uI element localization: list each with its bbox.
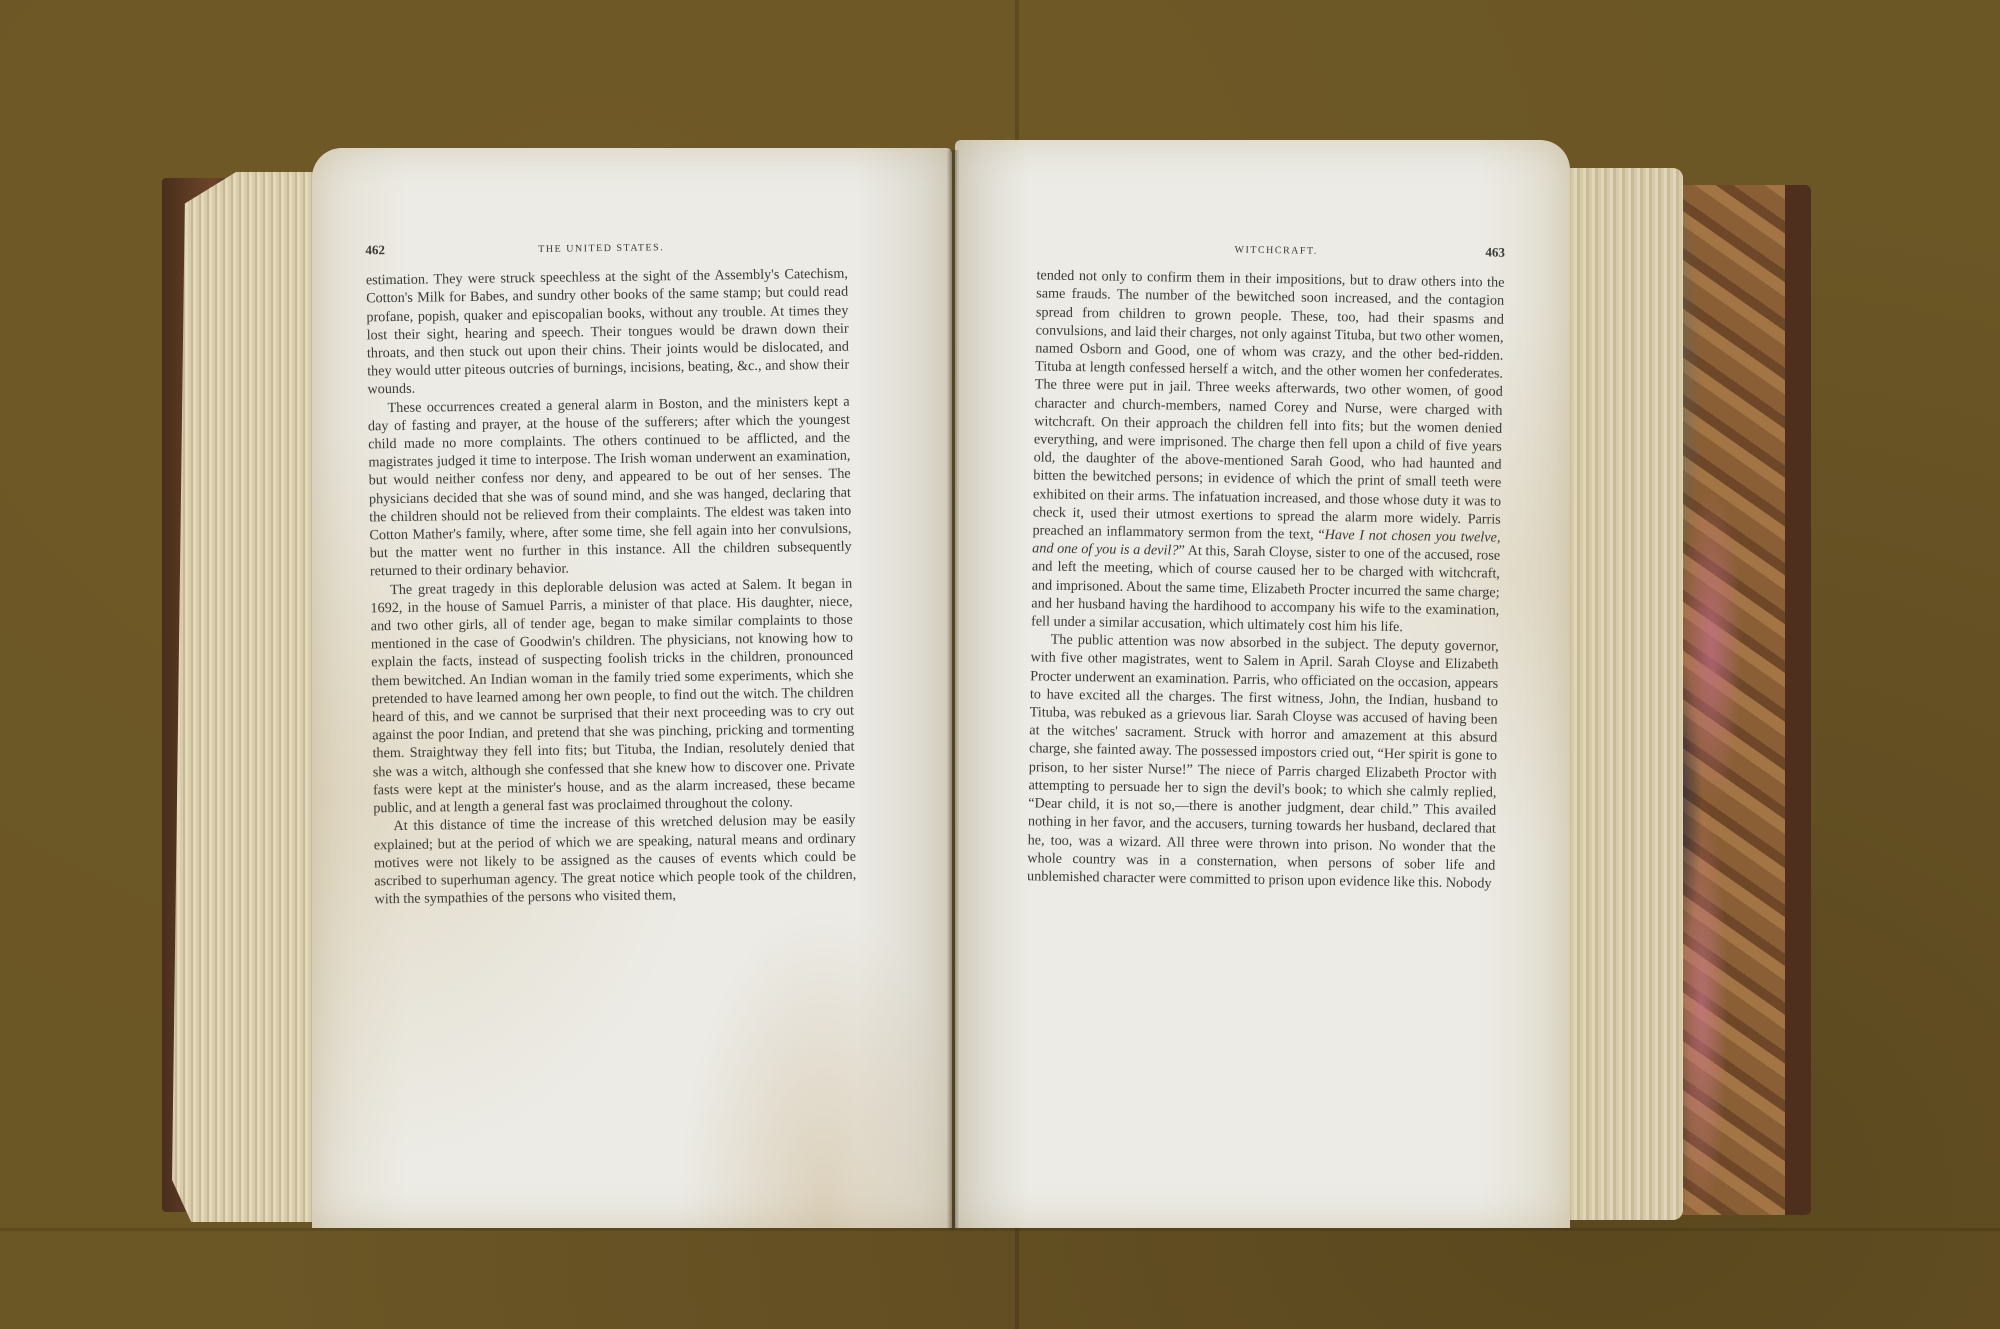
page-block-edge-left xyxy=(172,172,332,1222)
left-page-text: 462 THE UNITED STATES. estimation. They … xyxy=(365,235,856,909)
paragraph: estimation. They were struck speechless … xyxy=(366,265,850,399)
book-gutter xyxy=(947,150,959,1230)
running-head-title: THE UNITED STATES. xyxy=(538,239,664,259)
paragraph: These occurrences created a general alar… xyxy=(368,392,852,581)
right-page-text: WITCHCRAFT. 463 tended not only to confi… xyxy=(1027,236,1505,892)
page-block-edge-right xyxy=(1565,168,1683,1220)
paragraph-text: tended not only to confirm them in their… xyxy=(1032,268,1504,543)
fabric-seam-horizontal xyxy=(0,1228,2000,1231)
paragraph: The great tragedy in this deplorable del… xyxy=(370,574,855,817)
running-head-title: WITCHCRAFT. xyxy=(1234,241,1318,261)
paragraph: tended not only to confirm them in their… xyxy=(1031,267,1505,638)
page-number: 462 xyxy=(365,241,385,259)
paragraph: At this distance of time the increase of… xyxy=(373,811,856,909)
paragraph: The public attention was now absorbed in… xyxy=(1027,631,1499,893)
page-number: 463 xyxy=(1485,243,1505,262)
